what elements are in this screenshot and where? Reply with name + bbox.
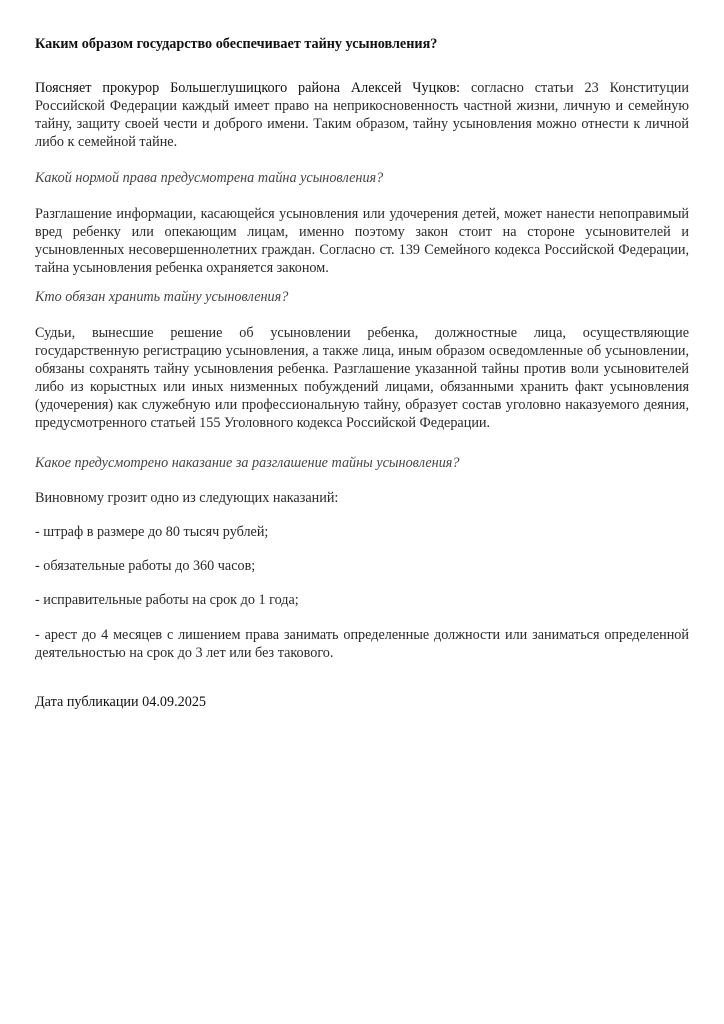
section-question: Кто обязан хранить тайну усыновления? (35, 289, 288, 306)
penalty-item: - исправительные работы на срок до 1 год… (35, 592, 299, 609)
section-question: Какой нормой права предусмотрена тайна у… (35, 170, 383, 187)
document-title: Каким образом государство обеспечивает т… (35, 36, 437, 53)
penalty-item: - штраф в размере до 80 тысяч рублей; (35, 524, 268, 541)
section-answer: Судьи, вынесшие решение об усыновлении р… (35, 324, 689, 432)
penalty-item: - обязательные работы до 360 часов; (35, 558, 255, 575)
penalty-item: - арест до 4 месяцев с лишением права за… (35, 626, 689, 662)
section-answer: Разглашение информации, касающейся усыно… (35, 205, 689, 277)
intro-lead: Поясняет прокурор Большеглушицкого район… (35, 80, 460, 96)
section-question: Какое предусмотрено наказание за разглаш… (35, 455, 459, 472)
section-answer: Виновному грозит одно из следующих наказ… (35, 490, 338, 507)
intro-paragraph: Поясняет прокурор Большеглушицкого район… (35, 79, 689, 151)
publication-date: Дата публикации 04.09.2025 (35, 694, 206, 711)
